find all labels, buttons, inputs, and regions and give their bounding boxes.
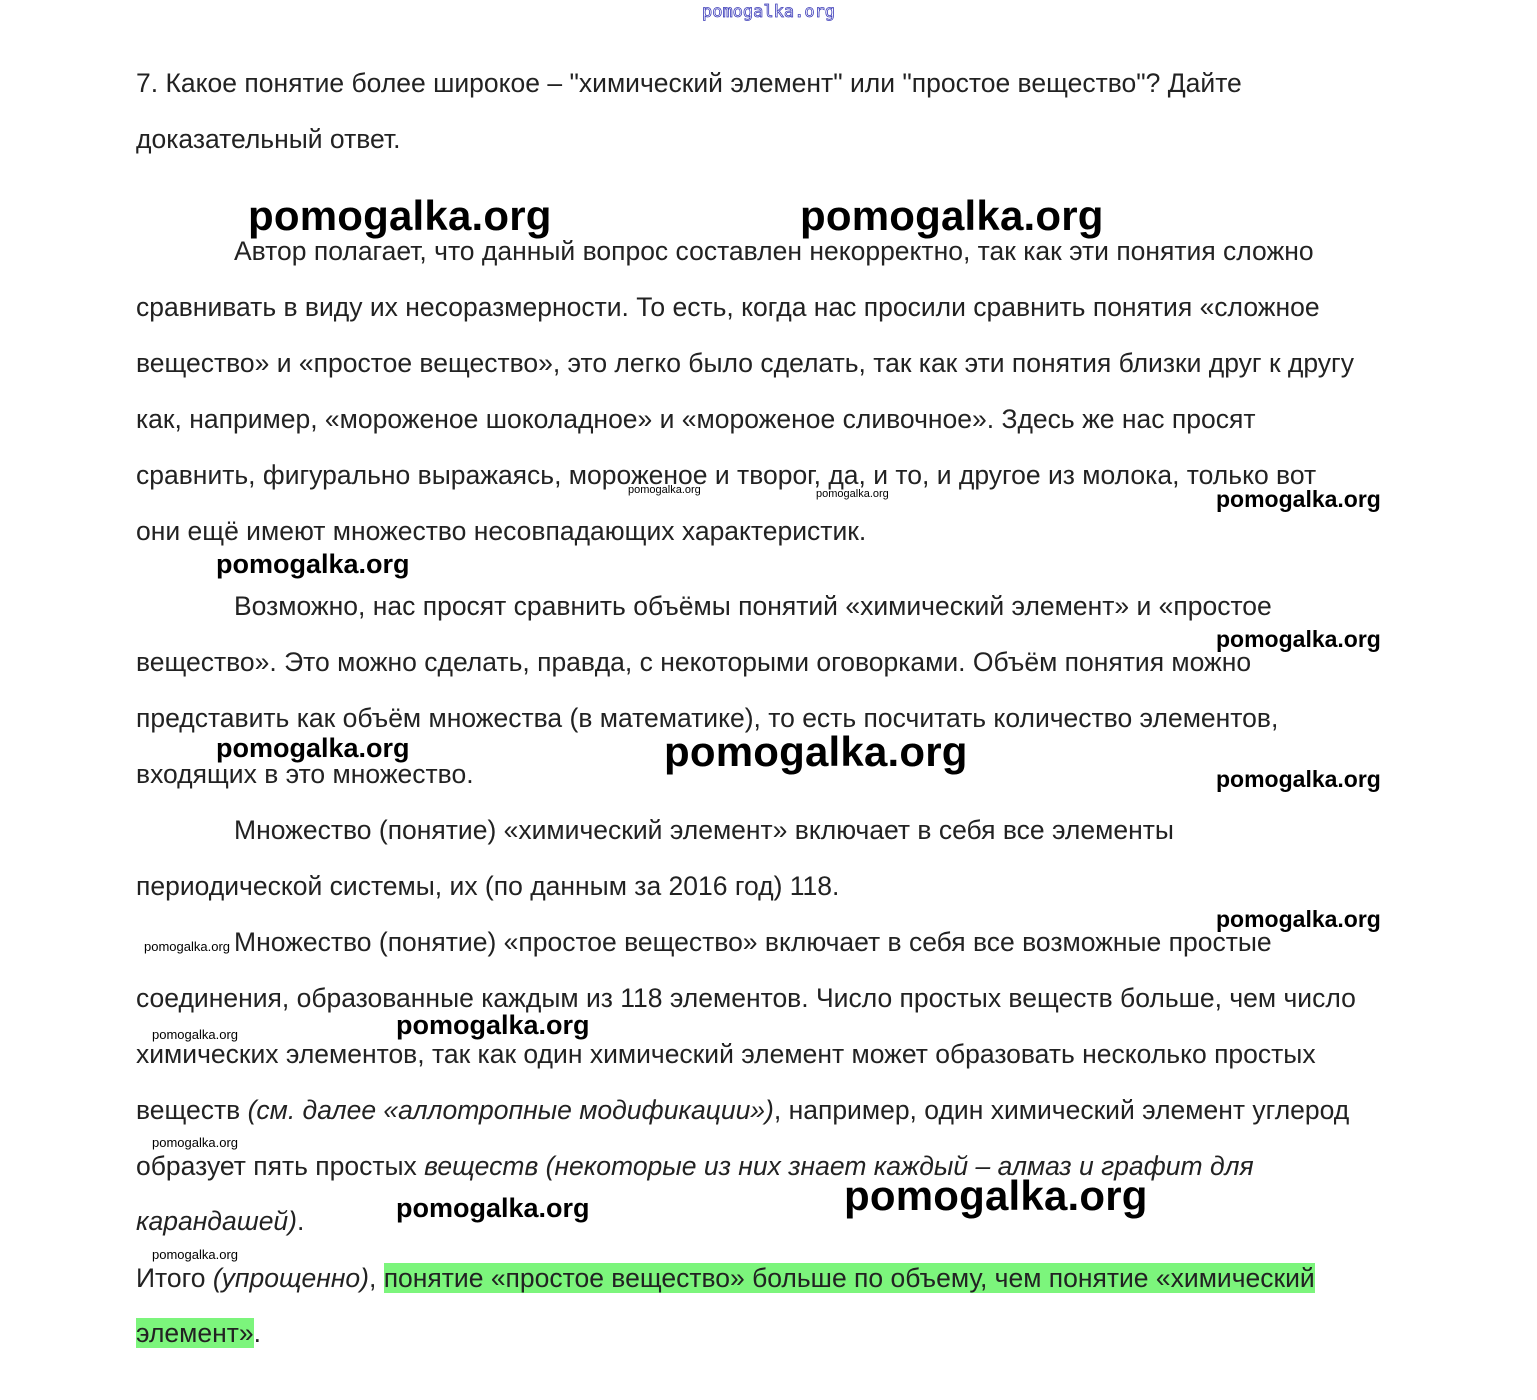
watermark: pomogalka.org — [396, 1010, 590, 1041]
p4-line-6-italic: карандашей) — [136, 1206, 297, 1236]
watermark: pomogalka.org — [816, 488, 889, 500]
p2-line-2: вещество». Это можно сделать, правда, с … — [136, 646, 1251, 678]
watermark: pomogalka.org — [1216, 486, 1381, 513]
watermark: pomogalka.org — [800, 192, 1104, 240]
p4-line-2: соединения, образованные каждым из 118 э… — [136, 982, 1356, 1014]
document-page: pomogalka.org 7. Какое понятие более шир… — [0, 0, 1537, 1400]
p1-line-3: вещество» и «простое вещество», это легк… — [136, 347, 1354, 379]
p1-line-4: как, например, «мороженое шоколадное» и … — [136, 403, 1255, 435]
watermark: pomogalka.org — [144, 939, 230, 954]
conclusion-highlight-1: понятие «простое вещество» больше по объ… — [384, 1263, 1315, 1293]
watermark: pomogalka.org — [664, 728, 968, 776]
p4-line-4-a: веществ — [136, 1095, 248, 1125]
p4-line-6: карандашей). — [136, 1205, 304, 1237]
conclusion-line-2: элемент». — [136, 1317, 261, 1349]
watermark: pomogalka.org — [216, 733, 410, 764]
question-line-2: доказательный ответ. — [136, 123, 400, 155]
conclusion-italic: (упрощенно) — [213, 1263, 369, 1293]
p3-line-1: Множество (понятие) «химический элемент»… — [234, 814, 1174, 846]
conclusion-highlight-2: элемент» — [136, 1318, 254, 1348]
conclusion-c: , — [369, 1263, 384, 1293]
p4-line-5-a: образует пять простых — [136, 1151, 424, 1181]
conclusion-a: Итого — [136, 1263, 213, 1293]
watermark: pomogalka.org — [248, 192, 552, 240]
p2-line-1: Возможно, нас просят сравнить объёмы пон… — [234, 590, 1272, 622]
p1-line-6: они ещё имеют множество несовпадающих ха… — [136, 515, 866, 547]
watermark: pomogalka.org — [1216, 766, 1381, 793]
p1-line-5: сравнить, фигурально выражаясь, морожено… — [136, 459, 1316, 491]
watermark: pomogalka.org — [152, 1135, 238, 1150]
watermark: pomogalka.org — [844, 1172, 1148, 1220]
p4-line-1: Множество (понятие) «простое вещество» в… — [234, 926, 1272, 958]
watermark: pomogalka.org — [628, 484, 701, 496]
conclusion-end: . — [254, 1318, 261, 1348]
watermark: pomogalka.org — [216, 549, 410, 580]
watermark: pomogalka.org — [1216, 906, 1381, 933]
p4-line-4: веществ (см. далее «аллотропные модифика… — [136, 1094, 1349, 1126]
watermark: pomogalka.org — [152, 1027, 238, 1042]
header-watermark: pomogalka.org — [0, 2, 1537, 22]
p4-line-3: химических элементов, так как один химич… — [136, 1038, 1316, 1070]
watermark: pomogalka.org — [396, 1193, 590, 1224]
p1-line-2: сравнивать в виду их несоразмерности. То… — [136, 291, 1320, 323]
p4-line-6-end: . — [297, 1206, 304, 1236]
p4-line-4-c: , например, один химический элемент угле… — [774, 1095, 1349, 1125]
watermark: pomogalka.org — [1216, 626, 1381, 653]
conclusion-line-1: Итого (упрощенно), понятие «простое веще… — [136, 1262, 1315, 1294]
question-line-1: 7. Какое понятие более широкое – "химиче… — [136, 67, 1242, 99]
watermark: pomogalka.org — [152, 1247, 238, 1262]
p3-line-2: периодической системы, их (по данным за … — [136, 870, 839, 902]
p4-line-4-italic: (см. далее «аллотропные модификации») — [248, 1095, 774, 1125]
